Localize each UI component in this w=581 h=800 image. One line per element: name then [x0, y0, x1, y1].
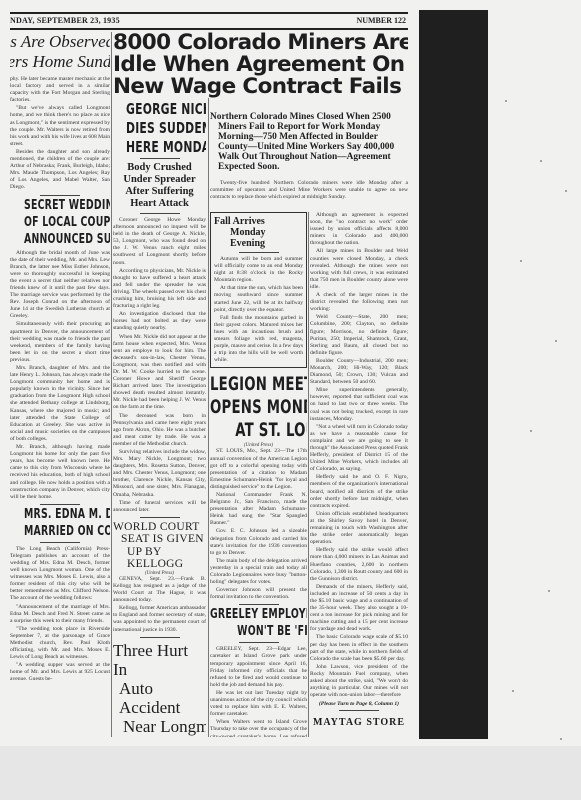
divider	[140, 158, 180, 159]
divider	[40, 195, 80, 196]
article-paragraph: Simultaneously with their procuring an a…	[10, 321, 110, 364]
article-paragraph: The Long Beach (California) Press-Telegr…	[10, 546, 110, 603]
world-court-headline: WORLD COURT SEAT IS GIVEN UP BY KELLOGG	[113, 521, 206, 571]
article-paragraph: Boulder County—Industrial, 200 men; Mona…	[310, 358, 408, 386]
article-paragraph: "But we've always called Longmont home, …	[10, 105, 110, 148]
column-4: Although an agreement is expected soon, …	[310, 212, 408, 728]
article-paragraph: "A wedding supper was served at the home…	[10, 662, 110, 683]
scan-speck	[530, 430, 532, 432]
article-paragraph: When Walters went to Island Grove Thursd…	[210, 719, 307, 737]
banner-line: New Wage Contract Fails	[113, 76, 408, 98]
column-1: ies Are Observed lters Home Sunday phy. …	[10, 32, 110, 685]
issue-number: NUMBER 122	[356, 16, 406, 25]
banner-deck: Northern Colorado Mines Closed When 2500…	[210, 112, 408, 172]
banner-line: 8000 Colorado Miners Are	[113, 32, 408, 54]
article-paragraph: John Lawson, vice president of the Rocky…	[310, 664, 408, 699]
scan-speck	[555, 340, 557, 342]
article-paragraph: GENEVA, Sept. 23.—Frank B. Kellogg has r…	[113, 576, 206, 604]
banner-line: Idle When Agreement On	[113, 54, 408, 76]
article-paragraph: Coroner George Howe Monday afternoon ann…	[113, 217, 206, 267]
article-paragraph: The deceased was born in Pennsylvania an…	[113, 413, 206, 448]
article-paragraph: Kellogg, former American ambassador to E…	[113, 605, 206, 633]
article-paragraph: Hefferly said he and O. F. Nigro, member…	[310, 474, 408, 509]
article-paragraph: All large mines in Boulder and Weld coun…	[310, 248, 408, 291]
anniversary-headline: ies Are Observed lters Home Sunday	[10, 32, 110, 72]
article-paragraph: The basic Colorado wage scale of $5.10 p…	[310, 634, 408, 662]
desch-headline: MRS. EDNA M. DESCH MARRIED ON COAST	[10, 508, 110, 539]
article-paragraph: GREELEY, Sept. 23—Edgar Lee, caretaker a…	[210, 646, 307, 689]
column-rule	[308, 212, 309, 737]
newspaper-page: NDAY, SEPTEMBER 23, 1935 NUMBER 122 8000…	[0, 0, 581, 746]
article-paragraph: An investigation disclosed that the hors…	[113, 311, 206, 332]
wedding-headline: SECRET WEDDING OF LOCAL COUPLE ANNOUNCED…	[10, 199, 110, 247]
article-paragraph: Gov. E. C. Johnson led a sizeable delega…	[210, 528, 307, 556]
lead-paragraph: Twenty-five hundred Northern Colorado mi…	[210, 180, 408, 201]
banner-headline: 8000 Colorado Miners Are Idle When Agree…	[113, 32, 408, 98]
divider	[40, 542, 80, 543]
legion-headline: LEGION MEET OPENS MONDAY AT ST. LOUIS	[210, 374, 307, 440]
scan-speck	[548, 590, 550, 592]
column-rule	[208, 98, 209, 737]
greeley-headline: GREELEY EMPLOYE WON'T BE 'FIRED'	[210, 608, 307, 639]
article-paragraph: Although the bridal month of June was th…	[10, 250, 110, 321]
column-rule	[111, 32, 112, 737]
article-paragraph: Hefferly said the strike would affect mo…	[310, 547, 408, 582]
article-paragraph: At that time the sun, which has been mov…	[214, 285, 303, 313]
dateline: NDAY, SEPTEMBER 23, 1935	[10, 16, 120, 25]
scan-speck	[560, 738, 562, 740]
scan-speck	[512, 690, 514, 692]
article-paragraph: According to physicians, Mr. Nickle is t…	[113, 268, 206, 311]
scan-black-bar	[419, 10, 488, 739]
article-paragraph: Mrs. Branch, daughter of Mrs. and the la…	[10, 365, 110, 443]
accident-headline: Three Hurt In Auto Accident Near Longmon…	[113, 641, 206, 736]
article-paragraph: Although an agreement is expected soon, …	[310, 212, 408, 247]
scan-speck	[520, 260, 522, 262]
article-paragraph: phy. He later became master mechanic at …	[10, 76, 110, 104]
article-paragraph: Fall finds the mountains garbed in their…	[214, 315, 303, 365]
scan-speck	[565, 190, 567, 192]
scan-speck	[540, 160, 542, 162]
nickle-subhead: Body Crushed Under Spreader After Suffer…	[113, 162, 206, 210]
divider	[140, 213, 180, 214]
article-paragraph: When Mr. Nickle did not appear at the fa…	[113, 334, 206, 412]
article-paragraph: Time of funeral services will be announc…	[113, 500, 206, 514]
article-paragraph: "The wedding took place in Riverside Sep…	[10, 626, 110, 661]
article-paragraph: "Not a wheel will turn in Colorado today…	[310, 424, 408, 474]
column-2: GEORGE NICKLE DIES SUDDENLY HERE MONDAY …	[113, 98, 206, 737]
article-paragraph: A check of the larger mines in the distr…	[310, 292, 408, 313]
scanner-background	[0, 746, 581, 800]
article-paragraph: ST. LOUIS, Mo., Sept. 23—The 17th annual…	[210, 448, 307, 491]
masthead-rule	[10, 12, 408, 14]
divider	[239, 604, 279, 605]
divider	[140, 517, 180, 518]
divider	[40, 504, 80, 505]
divider	[339, 710, 379, 711]
article-paragraph: Governor Johnson will present the formal…	[210, 587, 307, 601]
divider	[140, 637, 180, 638]
article-paragraph: National Commander Frank N. Belgrano Jr.…	[210, 492, 307, 527]
continued-notice: (Please Turn to Page 8, Column 1)	[310, 701, 408, 707]
article-paragraph: Besides the daughter and son already men…	[10, 149, 110, 192]
newspaper-sheet: NDAY, SEPTEMBER 23, 1935 NUMBER 122 8000…	[10, 12, 408, 737]
column-3: Fall Arrives Monday Evening Autumn will …	[210, 212, 307, 737]
article-paragraph: He was let out last Tuesday night by una…	[210, 690, 307, 718]
article-paragraph: Autumn will be born and summer will offi…	[214, 256, 303, 284]
article-paragraph: Union officials established headquarters…	[310, 511, 408, 546]
article-paragraph: Demands of the miners, Hefferly said, in…	[310, 584, 408, 634]
divider	[239, 252, 279, 253]
article-paragraph: Surviving relatives include the widow, M…	[113, 449, 206, 499]
divider	[239, 642, 279, 643]
nickle-headline: GEORGE NICKLE DIES SUDDENLY HERE MONDAY	[113, 101, 206, 155]
article-paragraph: Mr. Branch, although having made Longmon…	[10, 444, 110, 501]
article-paragraph: The main body of the delegation arrived …	[210, 558, 307, 586]
article-paragraph: Weld County—State, 200 men; Columbine, 2…	[310, 314, 408, 357]
fall-arrives-box: Fall Arrives Monday Evening Autumn will …	[210, 212, 307, 368]
article-paragraph: Mine superintendents generally, however,…	[310, 387, 408, 422]
article-paragraph: "Announcement of the marriage of Mrs. Ed…	[10, 604, 110, 625]
maytag-ad-headline: MAYTAG STORE	[310, 717, 408, 728]
fall-headline: Fall Arrives Monday Evening	[214, 216, 303, 249]
scan-speck	[505, 100, 507, 102]
